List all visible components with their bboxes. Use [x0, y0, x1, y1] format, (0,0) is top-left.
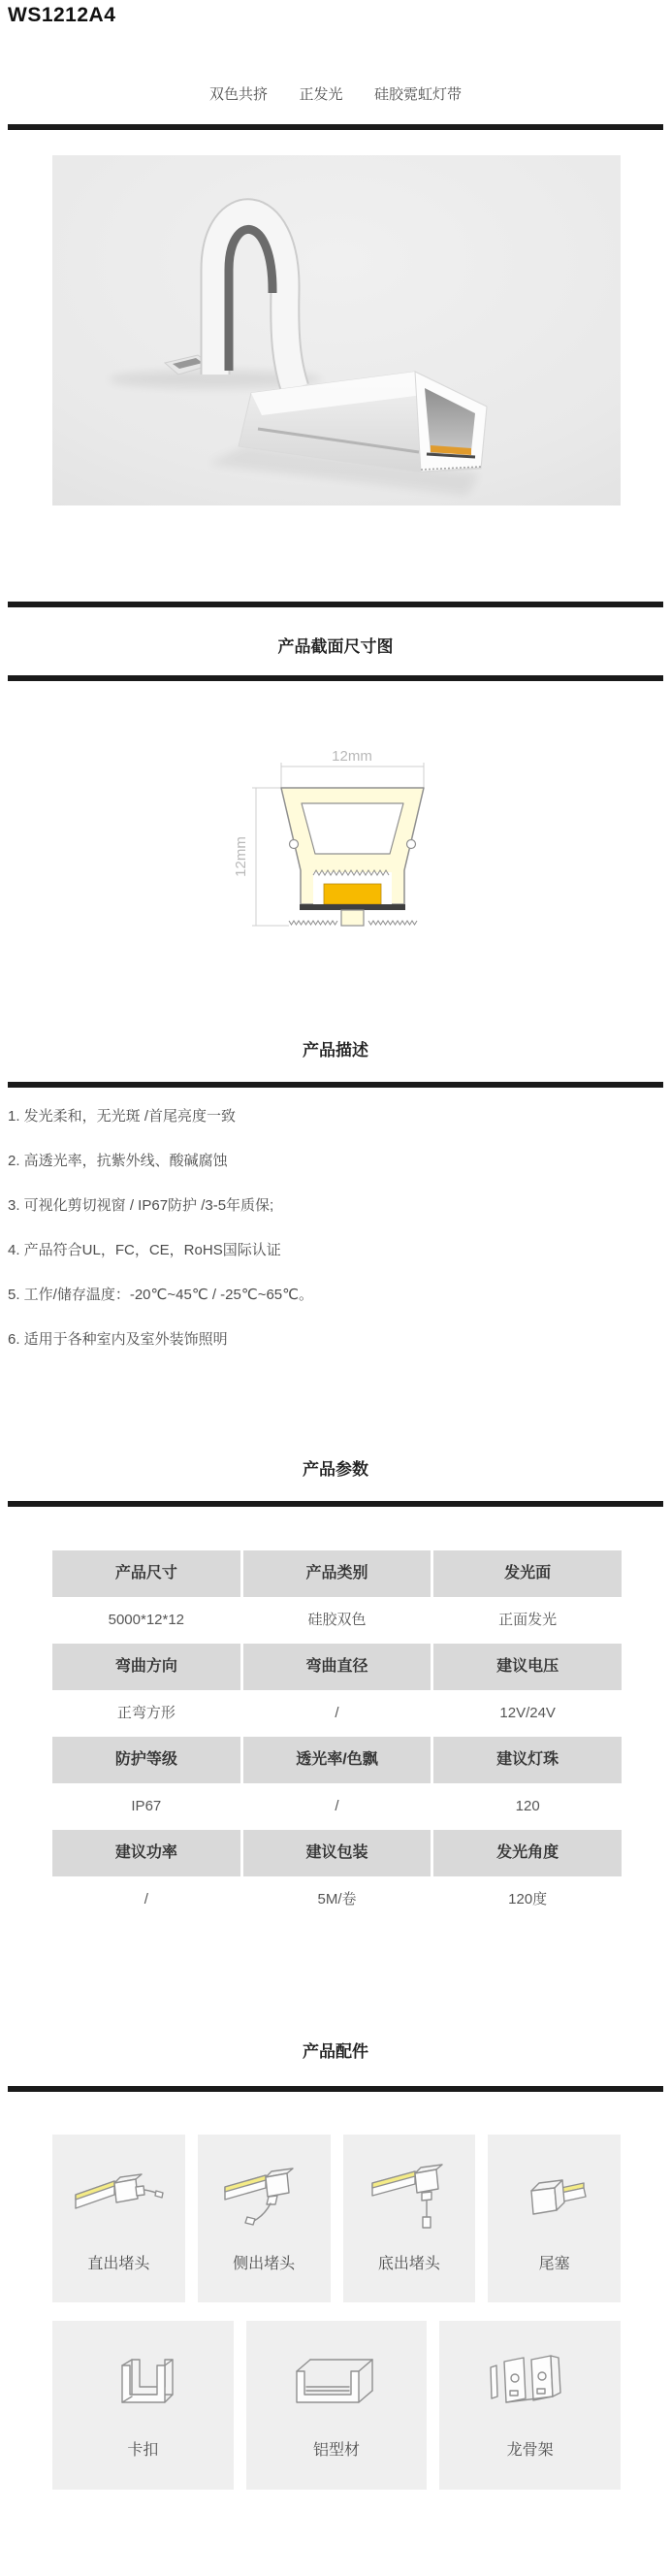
- cross-section-drawing: 12mm 12mm: [190, 728, 481, 941]
- keel-bracket-icon: [439, 2336, 621, 2429]
- divider: [8, 675, 663, 681]
- accessory-label: 侧出堵头: [198, 2251, 331, 2273]
- param-value: /: [52, 1876, 240, 1923]
- straight-exit-end-cap-icon: [52, 2150, 185, 2243]
- description-item: 2. 高透光率，抗紫外线、酸碱腐蚀: [8, 1151, 648, 1172]
- param-value: 正弯方形: [52, 1690, 240, 1737]
- tag-coextrusion: 双色共挤: [209, 83, 268, 104]
- section-title-accessories: 产品配件: [0, 2036, 671, 2069]
- param-value: 120: [433, 1783, 622, 1830]
- param-label: 弯曲方向: [52, 1644, 240, 1690]
- tag-top-emitting: 正发光: [299, 83, 342, 104]
- accessory-card-aluminum-profile: 铝型材: [246, 2321, 428, 2490]
- param-value: 5000*12*12: [52, 1597, 240, 1644]
- divider: [8, 124, 663, 130]
- accessory-card-tail-plug: 尾塞: [488, 2135, 621, 2302]
- param-label: 发光角度: [433, 1830, 622, 1876]
- accessory-label: 直出堵头: [52, 2251, 185, 2273]
- param-label: 弯曲直径: [243, 1644, 431, 1690]
- tag-list: 双色共挤 正发光 硅胶霓虹灯带: [0, 83, 671, 104]
- param-value: 5M/卷: [243, 1876, 431, 1923]
- cross-section-diagram: 12mm 12mm: [190, 728, 481, 941]
- section-title-description: 产品描述: [0, 1034, 671, 1067]
- accessory-card-clip: 卡扣: [52, 2321, 234, 2490]
- tag-silicone-neon: 硅胶霓虹灯带: [374, 83, 462, 104]
- description-item: 5. 工作/储存温度：-20℃~45℃ / -25℃~65℃。: [8, 1285, 648, 1306]
- bottom-exit-end-cap-icon: [343, 2150, 476, 2243]
- section-title-dimension: 产品截面尺寸图: [0, 631, 671, 664]
- divider: [8, 1082, 663, 1088]
- param-label: 建议功率: [52, 1830, 240, 1876]
- serrated-skirt-right: [368, 921, 417, 925]
- mounting-clip-icon: [52, 2336, 234, 2429]
- side-notch-right: [407, 840, 416, 849]
- accessory-card-bottom-end-cap: 底出堵头: [343, 2135, 476, 2302]
- param-label: 建议灯珠: [433, 1737, 622, 1783]
- param-label: 发光面: [433, 1550, 622, 1597]
- tail-plug-icon: [488, 2150, 621, 2243]
- accessory-label: 底出堵头: [343, 2251, 476, 2273]
- accessory-label: 尾塞: [488, 2251, 621, 2273]
- accessory-label: 龙骨架: [439, 2437, 621, 2460]
- param-value: 12V/24V: [433, 1690, 622, 1737]
- serrated-skirt-left: [289, 921, 337, 925]
- aluminum-profile-icon: [246, 2336, 428, 2429]
- param-label: 建议电压: [433, 1644, 622, 1690]
- led-pcb: [324, 884, 381, 904]
- accessories-row-1: 直出堵头 侧出堵头: [52, 2135, 621, 2302]
- height-dimension-label: 12mm: [233, 836, 249, 877]
- neon-strip-render-image: [52, 155, 621, 505]
- param-value: 正面发光: [433, 1597, 622, 1644]
- description-item: 4. 产品符合UL，FC，CE，RoHS国际认证: [8, 1240, 648, 1261]
- description-item: 6. 适用于各种室内及室外装饰照明: [8, 1329, 648, 1351]
- accessory-label: 卡扣: [52, 2437, 234, 2460]
- description-item: 3. 可视化剪切视窗 / IP67防护 /3-5年质保;: [8, 1195, 648, 1217]
- product-photo: [52, 155, 621, 505]
- divider: [8, 1501, 663, 1507]
- accessory-label: 铝型材: [246, 2437, 428, 2460]
- param-value: /: [243, 1783, 431, 1830]
- accessory-card-side-end-cap: 侧出堵头: [198, 2135, 331, 2302]
- page-title: WS1212A4: [8, 4, 115, 27]
- param-value: 120度: [433, 1876, 622, 1923]
- accessory-card-straight-end-cap: 直出堵头: [52, 2135, 185, 2302]
- accessory-card-keel-bracket: 龙骨架: [439, 2321, 621, 2490]
- mounting-foot: [341, 910, 364, 926]
- divider: [8, 602, 663, 607]
- param-label: 透光率/色飘: [243, 1737, 431, 1783]
- light-window: [302, 803, 403, 854]
- side-exit-end-cap-icon: [198, 2150, 331, 2243]
- base-strip: [300, 904, 405, 910]
- section-title-parameters: 产品参数: [0, 1453, 671, 1486]
- param-label: 产品类别: [243, 1550, 431, 1597]
- param-label: 产品尺寸: [52, 1550, 240, 1597]
- width-dimension-label: 12mm: [332, 748, 372, 765]
- parameters-table: 产品尺寸 产品类别 发光面 5000*12*12 硅胶双色 正面发光 弯曲方向 …: [52, 1550, 622, 1923]
- param-value: IP67: [52, 1783, 240, 1830]
- param-label: 防护等级: [52, 1737, 240, 1783]
- param-value: 硅胶双色: [243, 1597, 431, 1644]
- product-page: WS1212A4 双色共挤 正发光 硅胶霓虹灯带: [0, 0, 671, 2576]
- param-label: 建议包装: [243, 1830, 431, 1876]
- divider: [8, 2086, 663, 2092]
- side-notch-left: [290, 840, 299, 849]
- accessories-row-2: 卡扣 铝型材: [52, 2321, 621, 2490]
- description-list: 1. 发光柔和，无光斑 /首尾亮度一致 2. 高透光率，抗紫外线、酸碱腐蚀 3.…: [8, 1106, 648, 1374]
- description-item: 1. 发光柔和，无光斑 /首尾亮度一致: [8, 1106, 648, 1127]
- param-value: /: [243, 1690, 431, 1737]
